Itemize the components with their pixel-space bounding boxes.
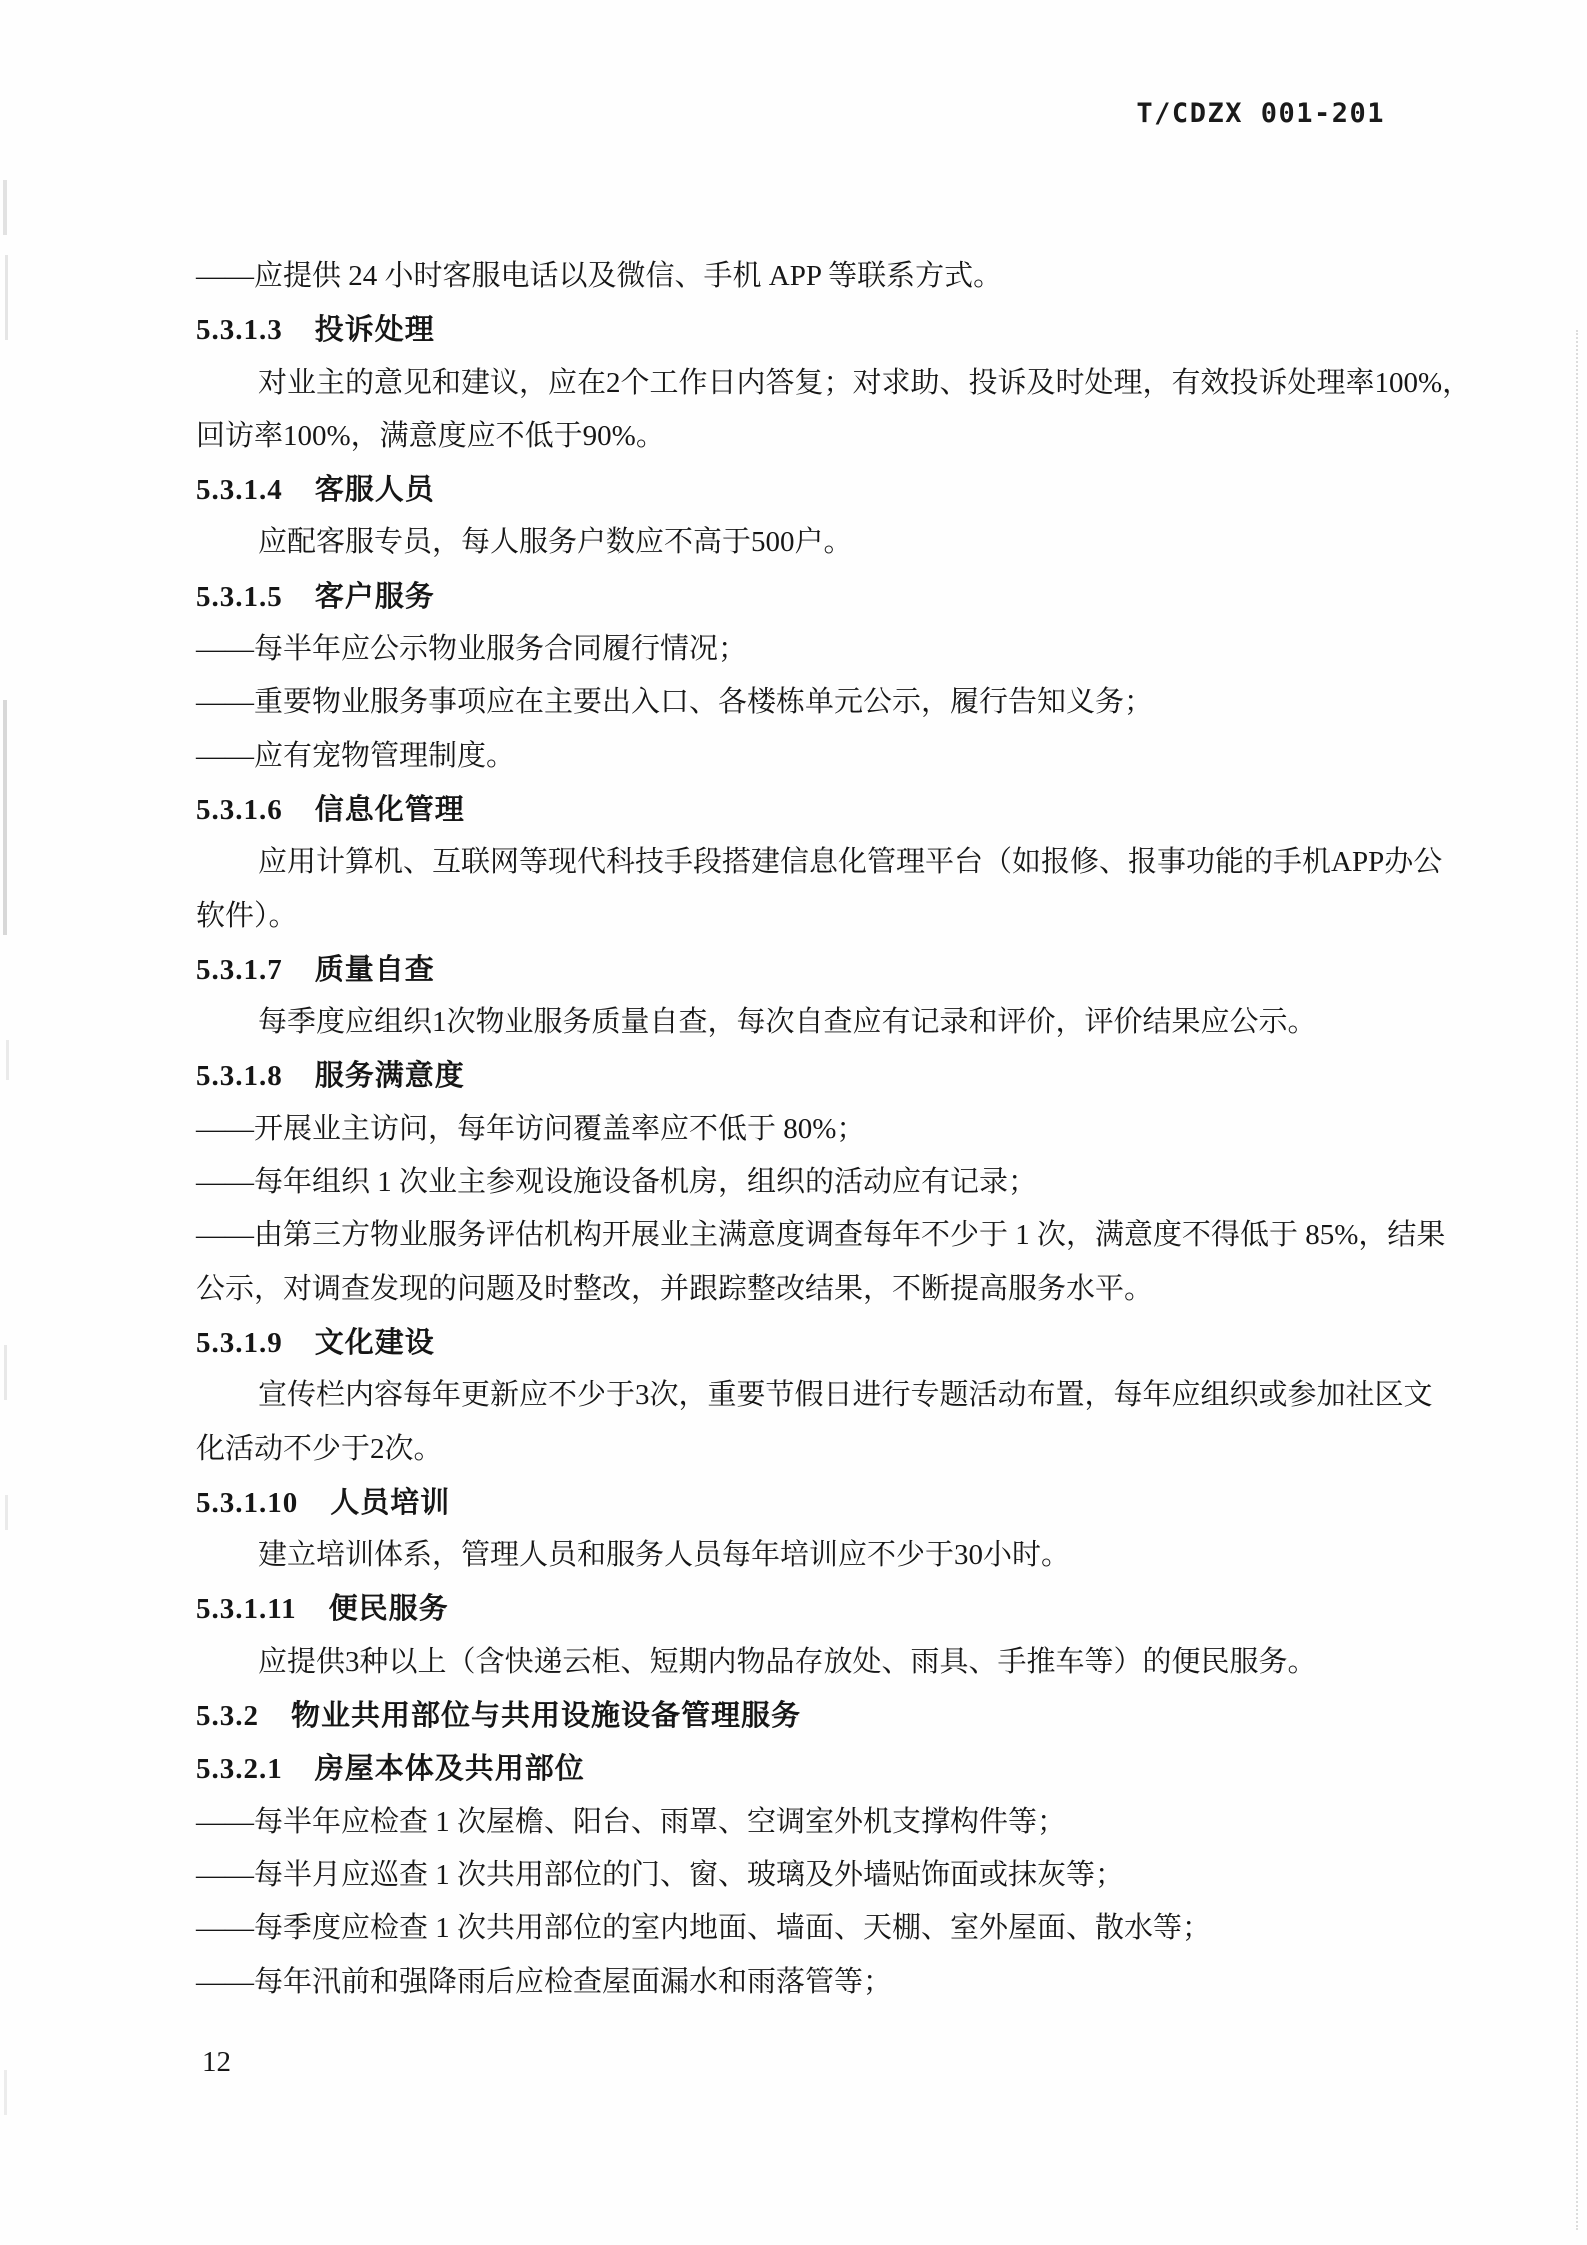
section-number: 5.3.2 <box>196 1700 259 1732</box>
section-number: 5.3.2.1 <box>196 1753 283 1785</box>
paragraph-line: 对业主的意见和建议，应在2个工作日内答复；对求助、投诉及时处理，有效投诉处理率1… <box>196 357 1388 410</box>
section-heading: 5.3.1.4客服人员 <box>196 463 1388 516</box>
section-heading: 5.3.1.6信息化管理 <box>196 783 1388 836</box>
scan-artifact <box>4 2070 7 2115</box>
scan-artifact <box>5 1495 8 1530</box>
section-number: 5.3.1.6 <box>196 794 283 826</box>
paragraph-line: 回访率100%，满意度应不低于90%。 <box>196 410 1388 463</box>
section-heading: 5.3.1.11便民服务 <box>196 1582 1388 1635</box>
section-heading: 5.3.2.1房屋本体及共用部位 <box>196 1742 1388 1795</box>
section-title: 文化建设 <box>315 1325 435 1359</box>
section-number: 5.3.1.3 <box>196 314 283 346</box>
section-heading: 5.3.1.10人员培训 <box>196 1476 1388 1529</box>
section-number: 5.3.1.10 <box>196 1487 298 1519</box>
scan-artifact <box>5 255 8 340</box>
list-item: ——应有宠物管理制度。 <box>196 730 1388 783</box>
paragraph-line: 化活动不少于2次。 <box>196 1423 1388 1476</box>
standard-code: T/CDZX 001-201 <box>1136 98 1385 129</box>
scan-edge-artifact <box>1576 330 1578 2230</box>
section-title: 服务满意度 <box>315 1058 465 1092</box>
section-heading: 5.3.1.7质量自查 <box>196 943 1388 996</box>
list-item: ——应提供 24 小时客服电话以及微信、手机 APP 等联系方式。 <box>196 250 1388 303</box>
list-item: ——每季度应检查 1 次共用部位的室内地面、墙面、天棚、室外屋面、散水等； <box>196 1902 1388 1955</box>
section-number: 5.3.1.4 <box>196 474 283 506</box>
page-number: 12 <box>202 2042 231 2082</box>
list-item: ——每年汛前和强降雨后应检查屋面漏水和雨落管等； <box>196 1956 1388 2009</box>
paragraph-line: 每季度应组织1次物业服务质量自查，每次自查应有记录和评价，评价结果应公示。 <box>196 996 1388 1049</box>
section-heading: 5.3.2物业共用部位与共用设施设备管理服务 <box>196 1689 1388 1742</box>
list-item: ——每半月应巡查 1 次共用部位的门、窗、玻璃及外墙贴饰面或抹灰等； <box>196 1849 1388 1902</box>
section-title: 便民服务 <box>329 1591 449 1625</box>
section-heading: 5.3.1.3投诉处理 <box>196 303 1388 356</box>
scan-artifact <box>6 1040 9 1080</box>
list-item: ——每半年应公示物业服务合同履行情况； <box>196 623 1388 676</box>
scan-artifact <box>4 1345 7 1400</box>
section-title: 房屋本体及共用部位 <box>315 1751 585 1785</box>
section-title: 客服人员 <box>315 472 435 506</box>
section-number: 5.3.1.8 <box>196 1060 283 1092</box>
section-title: 信息化管理 <box>315 792 465 826</box>
list-item: ——重要物业服务事项应在主要出入口、各楼栋单元公示，履行告知义务； <box>196 676 1388 729</box>
paragraph-line: 应用计算机、互联网等现代科技手段搭建信息化管理平台（如报修、报事功能的手机APP… <box>196 836 1388 889</box>
section-heading: 5.3.1.9文化建设 <box>196 1316 1388 1369</box>
paragraph-line: 建立培训体系，管理人员和服务人员每年培训应不少于30小时。 <box>196 1529 1388 1582</box>
paragraph-line: 宣传栏内容每年更新应不少于3次，重要节假日进行专题活动布置，每年应组织或参加社区… <box>196 1369 1388 1422</box>
scan-artifact <box>3 180 7 235</box>
list-item: ——每年组织 1 次业主参观设施设备机房，组织的活动应有记录； <box>196 1156 1388 1209</box>
section-heading: 5.3.1.5客户服务 <box>196 570 1388 623</box>
section-title: 人员培训 <box>330 1485 450 1519</box>
paragraph-line: 应提供3种以上（含快递云柜、短期内物品存放处、雨具、手推车等）的便民服务。 <box>196 1636 1388 1689</box>
document-body: ——应提供 24 小时客服电话以及微信、手机 APP 等联系方式。 5.3.1.… <box>196 250 1388 2009</box>
list-item: ——由第三方物业服务评估机构开展业主满意度调查每年不少于 1 次，满意度不得低于… <box>196 1209 1388 1262</box>
section-number: 5.3.1.9 <box>196 1327 283 1359</box>
section-title: 投诉处理 <box>315 312 435 346</box>
section-number: 5.3.1.5 <box>196 581 283 613</box>
paragraph-line: 应配客服专员，每人服务户数应不高于500户。 <box>196 516 1388 569</box>
section-title: 客户服务 <box>315 579 435 613</box>
section-title: 质量自查 <box>315 952 435 986</box>
list-item: ——开展业主访问，每年访问覆盖率应不低于 80%； <box>196 1103 1388 1156</box>
section-title: 物业共用部位与共用设施设备管理服务 <box>291 1698 801 1732</box>
scan-artifact <box>3 700 7 935</box>
paragraph-line: 软件）。 <box>196 890 1388 943</box>
section-number: 5.3.1.7 <box>196 954 283 986</box>
section-number: 5.3.1.11 <box>196 1593 297 1625</box>
scanned-document-page: { "page": { "header_code": "T/CDZX 001-2… <box>0 0 1587 2245</box>
list-item: ——每半年应检查 1 次屋檐、阳台、雨罩、空调室外机支撑构件等； <box>196 1796 1388 1849</box>
paragraph-line: 公示，对调查发现的问题及时整改，并跟踪整改结果，不断提高服务水平。 <box>196 1263 1388 1316</box>
section-heading: 5.3.1.8服务满意度 <box>196 1049 1388 1102</box>
